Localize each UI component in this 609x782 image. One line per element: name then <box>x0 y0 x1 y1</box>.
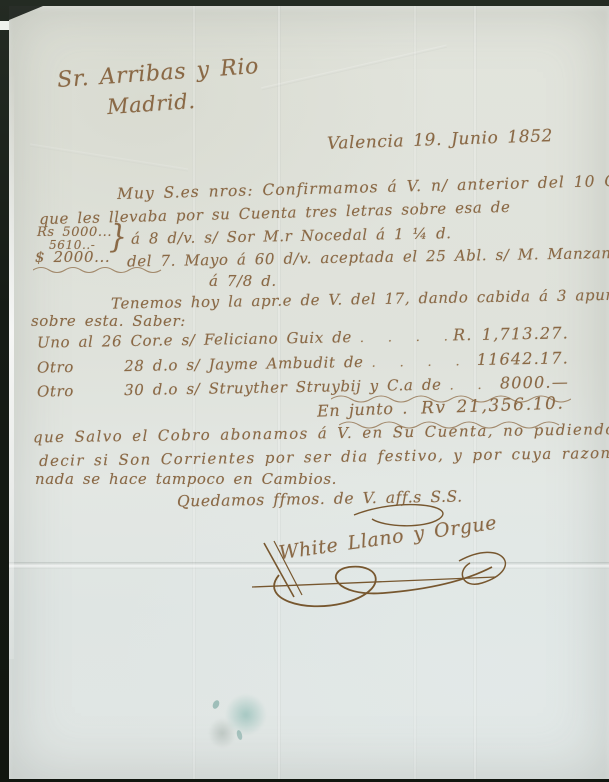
dollar-terms: del 7. Mayo á 60 d/v. aceptada el 25 Abl… <box>127 244 609 271</box>
dollar-amount: $ 2000... <box>35 248 110 266</box>
letter-paper: Sr. Arribas y Rio Madrid. Valencia 19. J… <box>9 6 609 779</box>
backdrop-light-sliver <box>0 21 9 30</box>
entry-amount: 8000.— <box>500 372 569 392</box>
paper-edge-highlight <box>9 66 14 659</box>
scanned-letter-photo: Sr. Arribas y Rio Madrid. Valencia 19. J… <box>0 0 609 782</box>
total-label: En junto . <box>317 398 408 420</box>
entry-amount: R. 1,713.27. <box>453 323 569 344</box>
body-line-4: que Salvo el Cobro abonamos á V. en Su C… <box>33 420 609 447</box>
signature: White Llano y Orgue <box>234 501 544 616</box>
account-entry-row: Otro 28 d.o s/ Jayme Ambudit de . . . . … <box>37 348 569 376</box>
body-line-3: sobre esta. Saber: <box>31 312 186 330</box>
entry-amount: 11642.17. <box>477 348 570 369</box>
draft-terms: á 8 d/v. s/ Sor M.r Nocedal á 1 ¼ d. <box>131 224 452 248</box>
diagonal-crease-left <box>30 144 188 172</box>
body-line-5: decir si Son Corrientes por ser dia fest… <box>39 444 609 470</box>
dot-leaders: . . . . . . <box>363 354 476 371</box>
entry-label: Otro 28 d.o s/ Jayme Ambudit de <box>37 353 364 377</box>
addressee-name: Sr. Arribas y Rio <box>56 54 259 93</box>
opening-line: Muy S.es nros: Confirmamos á V. n/ anter… <box>117 171 609 203</box>
entry-label: Uno al 26 Cor.e s/ Feliciano Guix de <box>37 328 352 351</box>
body-line-6: nada se hace tampoco en Cambios. <box>35 470 337 488</box>
addressee-city: Madrid. <box>106 89 196 119</box>
brace-glyph: } <box>109 218 127 256</box>
dollar-terms-2: á 7/8 d. <box>209 272 277 290</box>
body-line-2: Tenemos hoy la apr.e de V. del 17, dando… <box>111 285 609 312</box>
diagonal-crease-top <box>261 45 447 91</box>
paper-corner-shadow <box>9 6 43 20</box>
dot-leaders: . . . . . . . <box>352 329 453 346</box>
dot-leaders: . . . . <box>441 378 500 394</box>
date-line: Valencia 19. Junio 1852 <box>327 126 554 154</box>
ink-stain <box>200 687 274 753</box>
total-amount: Rv 21,356.10. <box>421 394 565 419</box>
